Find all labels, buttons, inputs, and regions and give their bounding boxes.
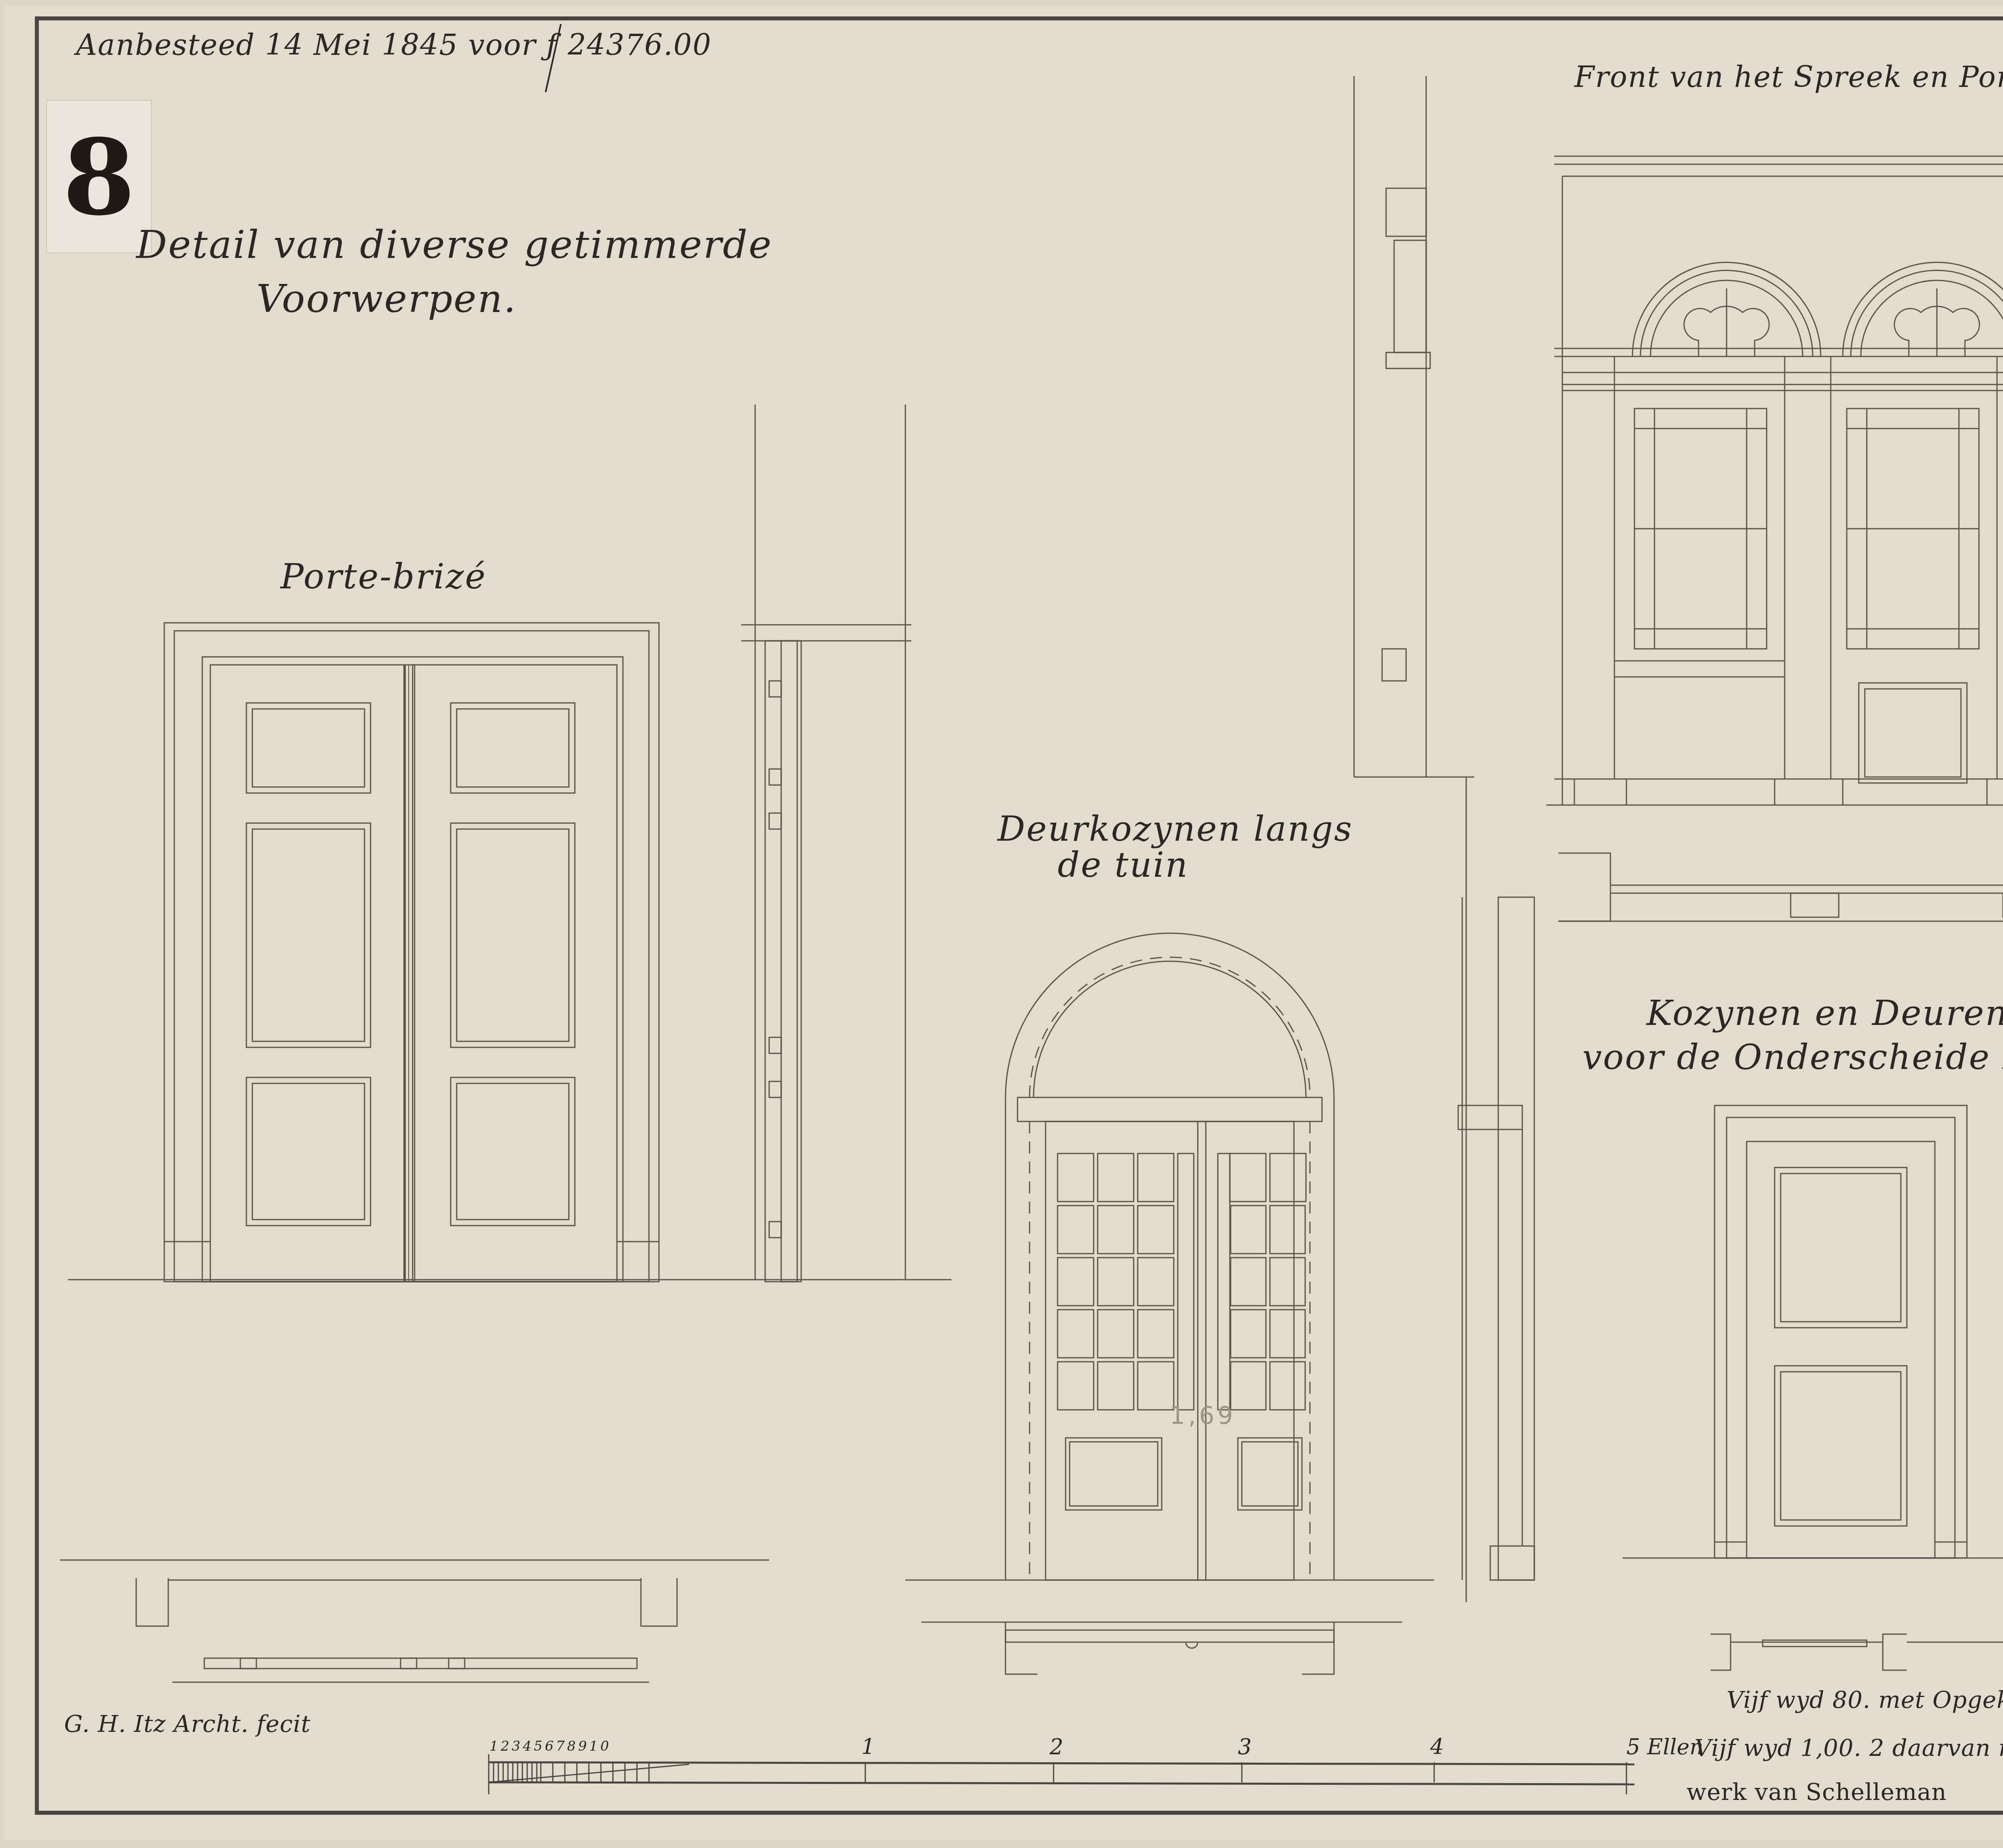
sheet-number-label: 8: [46, 100, 151, 253]
tender-note: Aanbesteed 14 Mei 1845 voor ƒ 24376.00: [76, 28, 712, 62]
architect-signature: G. H. Itz Archt. fecit: [64, 1710, 311, 1737]
porte-brisee-section: [741, 405, 911, 1282]
title-line-2: Voorwerpen.: [256, 276, 517, 321]
scale-tick-4: 4: [1430, 1734, 1444, 1759]
sheet-number: 8: [47, 117, 151, 239]
scale-fine-ticks: 12345678910: [490, 1738, 611, 1754]
left-leaf-glazing: [1058, 1153, 1174, 1510]
front-elevation-label: Front van het Spreek en Portierskamertje: [1574, 60, 2003, 94]
room-door-plan: [1711, 1634, 2003, 1670]
garden-door-section: [1458, 897, 1534, 1580]
front-elevation: [1546, 156, 2003, 805]
garden-doors-label-1: Deurkozynen langs: [997, 809, 1353, 849]
front-elevation-plan: [1558, 853, 2003, 921]
porte-brisee-elevation: [68, 623, 951, 1282]
garden-door-elevation: [905, 933, 1434, 1580]
note-line-1: Vijf wyd 80. met Opgeklampte deuren: [1727, 1686, 2003, 1713]
drawing-sheet: 8 B Aanbesteed 14 Mei 1845 voor ƒ 24376.…: [0, 0, 2003, 1848]
wall-section-detail: [1354, 76, 1474, 1602]
scale-tick-2: 2: [1050, 1734, 1063, 1759]
garden-doors-label-2: de tuin: [1058, 845, 1189, 885]
room-doors-label-1: Kozynen en Deuren: [1646, 993, 2003, 1033]
title-line-1: Detail van diverse getimmerde: [136, 222, 773, 267]
garden-doors-dimension: 1,69: [1170, 1402, 1236, 1430]
scale-tick-1: 1: [861, 1734, 875, 1759]
room-door-elevation: [1622, 1105, 2003, 1558]
note-line-2: Vijf wyd 1,00. 2 daarvan met bovenligten: [1695, 1734, 2003, 1761]
porte-brisee-label: Porte-brizé: [280, 557, 487, 597]
note-line-3: werk van Schelleman: [1687, 1778, 1947, 1806]
scale-bar: [489, 1754, 1634, 1794]
scale-tick-3: 3: [1238, 1734, 1251, 1759]
room-doors-label-2: voor de Onderscheide Localen.: [1582, 1037, 2003, 1077]
scale-end-label: 5 Ellen: [1626, 1734, 1703, 1759]
porte-brisee-plan: [60, 1560, 769, 1682]
garden-door-plan: [921, 1622, 1402, 1674]
